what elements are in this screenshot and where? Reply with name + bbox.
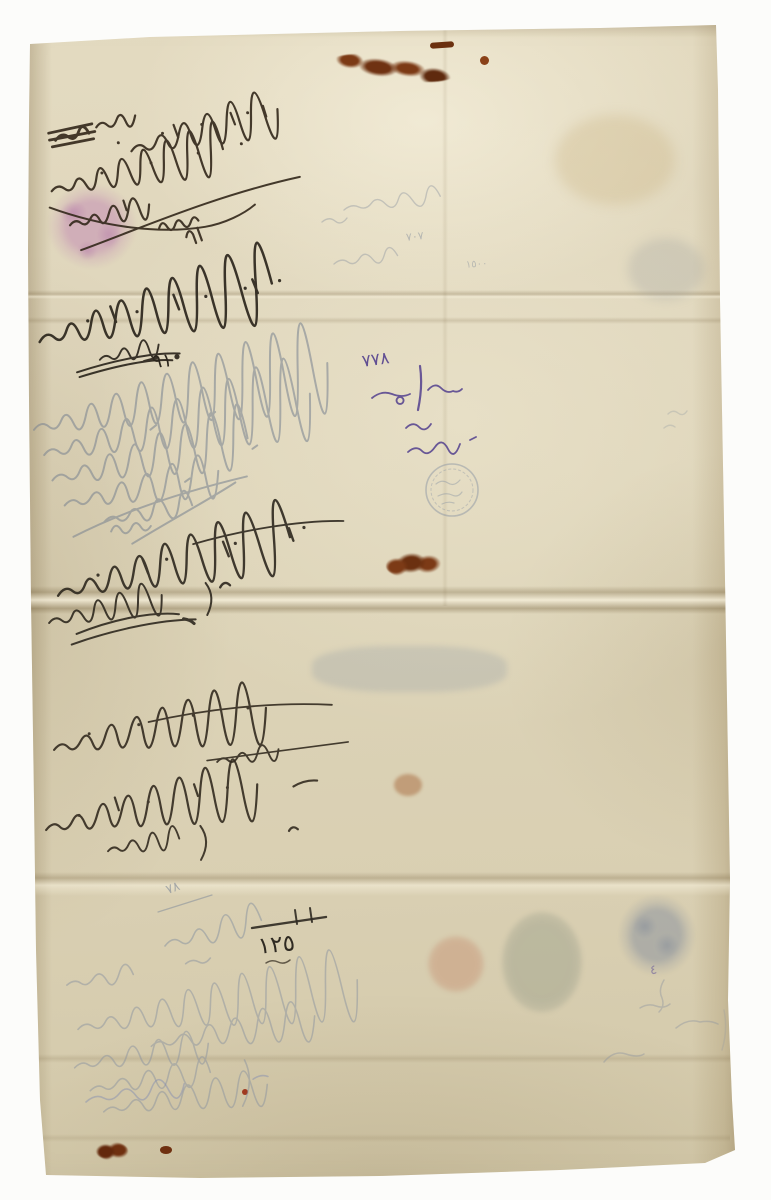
- pencil-scribble: [659, 980, 664, 1012]
- signature-stroke: [128, 482, 240, 543]
- handwriting-stroke: [38, 357, 314, 465]
- handwriting-stroke: [42, 753, 320, 838]
- document-photo: ٩١ ٧٧٨ ٧٨ ١٢٥ ٧٠٧ ١٥٠٠ ٤: [0, 0, 771, 1200]
- handwriting-stroke: [408, 437, 476, 454]
- gray-disc-stain: [502, 912, 582, 1012]
- fold-crease-main: [28, 586, 730, 614]
- handwriting-stroke: [98, 339, 160, 364]
- purple-registry-number: ٧٧٨: [361, 350, 391, 371]
- ghost-margin-mark: [664, 411, 687, 428]
- seal-inscription: [436, 480, 462, 504]
- fold-crease: [28, 872, 730, 896]
- underline-flourish: [76, 352, 181, 377]
- scribbled-out-word: [48, 124, 96, 147]
- right-edge-shading: [692, 24, 736, 1164]
- diacritic-ticks: [149, 409, 259, 485]
- seal-inner-ring: [431, 469, 473, 511]
- handwriting-stroke: [126, 90, 281, 156]
- seal-outer-ring: [426, 464, 478, 516]
- handwriting-stroke: [406, 424, 431, 429]
- handwriting-stroke: [216, 744, 279, 764]
- blue-scribble: [85, 1078, 185, 1103]
- pencil-line: [73, 1030, 210, 1073]
- parenthesis-mark: [204, 583, 214, 615]
- ghost-pencil-marks: [322, 185, 687, 428]
- ink-squiggle-bottom-top: [266, 960, 290, 963]
- ink-block-fifth: [42, 753, 323, 872]
- signature-loops: [111, 522, 152, 535]
- fold-crease: [28, 290, 728, 299]
- ghost-line: [333, 247, 398, 266]
- pencil-script: [161, 902, 264, 949]
- pencil-scribble: [676, 1021, 718, 1028]
- overline-stroke: [192, 518, 344, 544]
- pencil-underline: [158, 895, 212, 912]
- handwriting-stroke: [50, 499, 294, 601]
- blue-round-seal: [616, 892, 698, 978]
- tiny-mark: [289, 827, 298, 831]
- loop-mark: [397, 397, 404, 404]
- gray-smudge-right: [628, 238, 704, 300]
- handwriting-stroke: [372, 393, 410, 398]
- pencil-number-707: ٧٠٧: [405, 230, 424, 243]
- signature-stroke: [76, 177, 306, 250]
- rust-spot-small: [394, 774, 422, 796]
- pencil-line: [88, 1056, 211, 1094]
- showthrough-band: [312, 646, 507, 692]
- handwriting-stroke: [141, 528, 295, 574]
- handwriting-stroke: [95, 113, 136, 131]
- brown-blob-bottom-left: [96, 1142, 128, 1160]
- pencil-descender: [240, 1060, 252, 1106]
- fold-crease: [28, 317, 728, 324]
- figure-area: [158, 895, 326, 949]
- handwriting-stroke: [32, 242, 276, 349]
- ink-blob: [174, 354, 180, 360]
- handwriting-stroke: [61, 454, 220, 512]
- handwriting-stroke: [114, 784, 198, 810]
- tall-bar-stroke: [418, 366, 421, 410]
- pencil-line: [74, 948, 360, 1041]
- rust-blob-middle: [385, 549, 443, 580]
- blue-scribble: [253, 1075, 268, 1079]
- left-edge-shading: [28, 40, 52, 1180]
- ghost-line: [322, 218, 347, 223]
- handwriting-layer: [0, 0, 771, 1200]
- blue-pencil-scribble-bottom: [85, 1074, 269, 1103]
- handwriting-stroke: [51, 681, 268, 757]
- diacritic-dots: [76, 786, 230, 817]
- diacritic-dots: [94, 526, 309, 577]
- handwriting-stroke: [68, 197, 151, 229]
- pencil-line: [102, 1069, 269, 1117]
- pencil-scribble: [640, 1004, 670, 1008]
- handwriting-stroke: [106, 826, 180, 855]
- rust-speck: [430, 41, 454, 49]
- pencil-line: [66, 958, 212, 988]
- fold-crease: [28, 1054, 730, 1063]
- handwriting-stroke: [109, 279, 259, 322]
- pencil-figure-78: ٧٨: [164, 880, 182, 897]
- rust-dot: [480, 56, 489, 65]
- bottom-pencil-paragraph: [66, 948, 366, 1119]
- edge-scribble: [722, 1010, 726, 1050]
- parenthesis-mark: [198, 826, 207, 860]
- handwriting-stroke: [46, 582, 164, 628]
- handwriting-stroke: [102, 490, 193, 524]
- ink-total-line: [252, 917, 326, 928]
- pencil-number-1500: ١٥٠٠: [466, 259, 488, 270]
- brown-speck-bottom: [160, 1146, 172, 1154]
- signature-loops: [158, 217, 199, 232]
- ink-block-fourth: [51, 676, 349, 774]
- signature-stroke: [50, 183, 257, 246]
- handwriting-stroke: [27, 321, 332, 439]
- ink-amount-125: ١٢٥: [257, 932, 296, 959]
- round-seal-middle: [426, 464, 478, 516]
- faded-ink-paragraph: [27, 321, 342, 551]
- ghost-line: [343, 185, 441, 211]
- bottom-right-pencil-scribbles: [604, 980, 726, 1062]
- handwriting-stroke: [46, 121, 226, 197]
- dash-mark: [144, 358, 157, 361]
- fold-crease: [28, 1134, 730, 1142]
- overline-stroke: [148, 701, 332, 722]
- handwriting-stroke: [47, 404, 250, 487]
- ink-block-third: [38, 493, 354, 647]
- handwriting-stroke: [173, 106, 268, 138]
- ink-block-top: [39, 88, 306, 260]
- purple-ink-notes: [372, 366, 476, 454]
- pencil-scribble: [604, 1053, 644, 1062]
- underline-flourish: [69, 610, 197, 645]
- ink-blob: [184, 618, 195, 625]
- vertical-crease: [442, 26, 448, 606]
- purple-stamp: [46, 182, 138, 270]
- diacritic-dots: [95, 111, 254, 175]
- red-dot-bottom: [242, 1089, 248, 1095]
- signature-stroke: [70, 476, 251, 536]
- rust-stain-top: [331, 49, 455, 88]
- yellow-stain-top-right: [555, 115, 675, 205]
- diacritic-dots: [87, 706, 251, 735]
- strike-line: [206, 742, 348, 761]
- ink-block-second: [32, 241, 289, 381]
- paper-sheet: ٩١ ٧٧٨ ٧٨ ١٢٥ ٧٠٧ ١٥٠٠ ٤: [0, 0, 771, 1200]
- tally-ticks: [295, 908, 312, 924]
- ink-figure-91: ٩١: [151, 351, 173, 372]
- pink-disc-stain: [428, 936, 484, 992]
- top-edge-shading: [28, 24, 728, 38]
- purple-small-figure: ٤: [649, 963, 658, 977]
- figure-mark: [185, 227, 202, 244]
- diacritic-dots: [84, 279, 284, 323]
- handwriting-stroke: [220, 582, 230, 587]
- handwriting-stroke: [428, 385, 462, 392]
- pencil-line: [149, 1000, 316, 1053]
